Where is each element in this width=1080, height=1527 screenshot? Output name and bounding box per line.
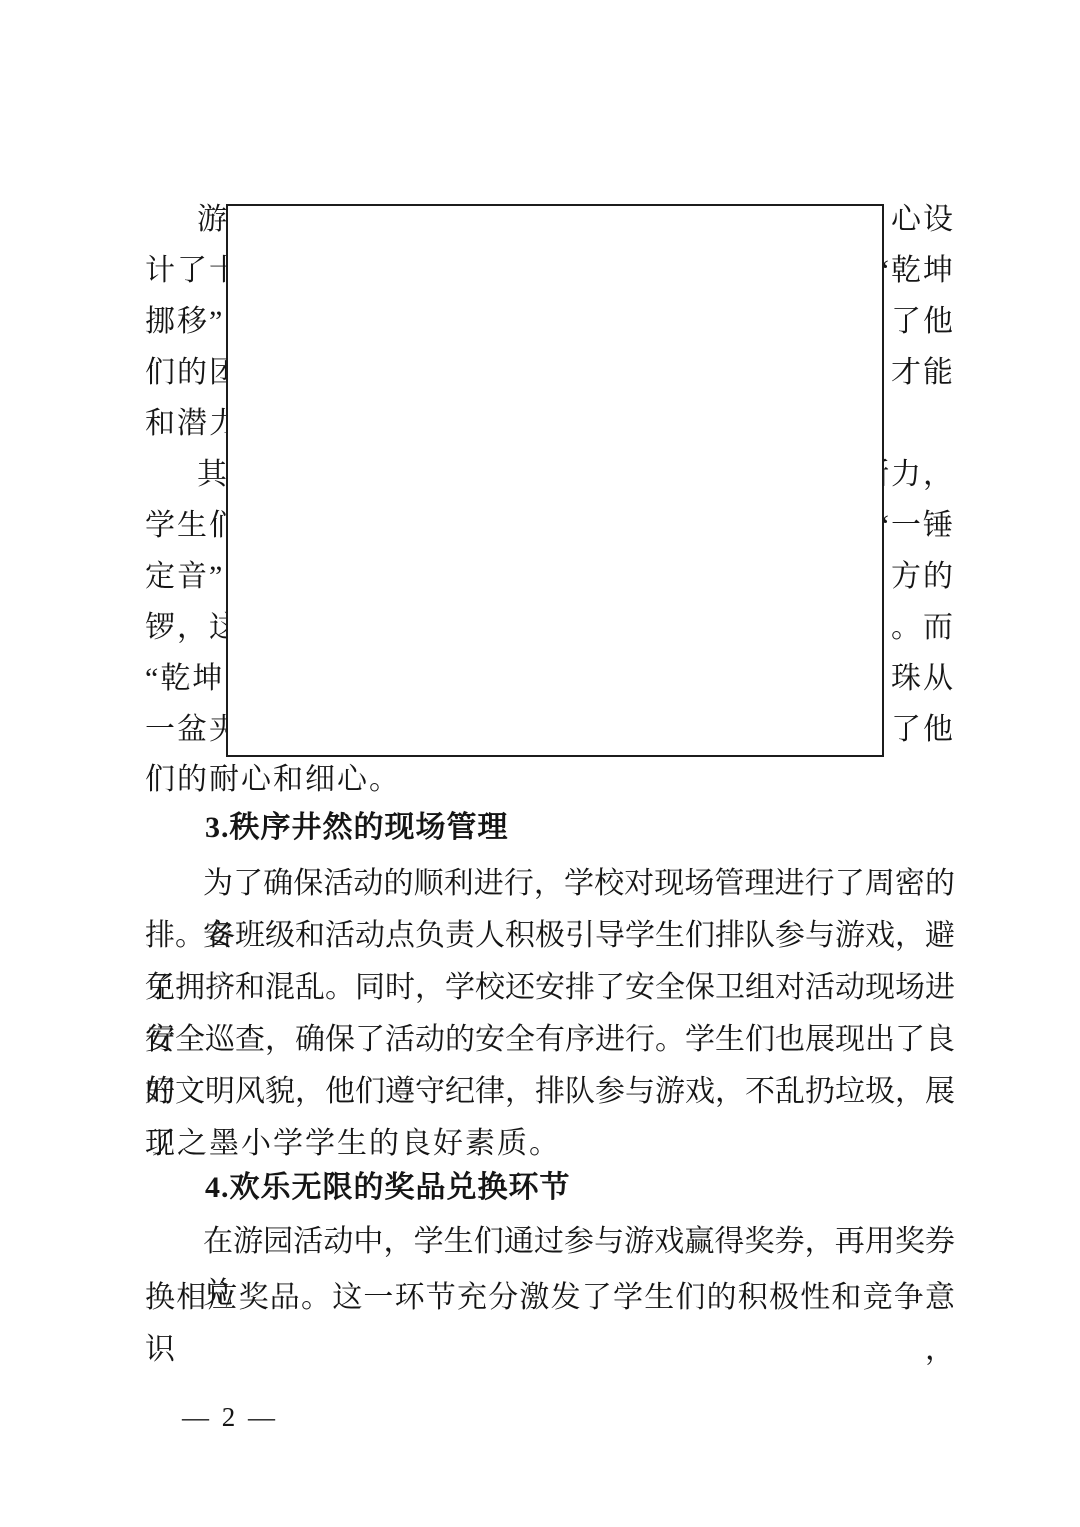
- text-line: 安全巡查，确保了活动的安全有序进行。学生们也展现出了良好: [145, 1014, 955, 1066]
- text-fragment-right: 了他: [891, 296, 955, 348]
- text-fragment-left: 其: [197, 449, 229, 501]
- text-fragment-left: “乾坤: [145, 653, 224, 705]
- section-heading: 4.欢乐无限的奖品兑换环节: [145, 1162, 955, 1214]
- text-fragment-right: 心设: [891, 194, 955, 246]
- text-line: 们的耐心和细心。: [145, 754, 955, 806]
- text-fragment-right: 才能: [891, 347, 955, 399]
- text-fragment-right: 了他: [891, 704, 955, 756]
- text-line: 换相应奖品。这一环节充分激发了学生们的积极性和竞争意识，: [145, 1272, 955, 1324]
- page-number: — 2 —: [182, 1396, 278, 1438]
- text-fragment-right: “乾坤: [876, 245, 955, 297]
- text-line: 在游园活动中，学生们通过参与游戏赢得奖券，再用奖券兑: [145, 1216, 955, 1268]
- text-line: 排。各班级和活动点负责人积极引导学生们排队参与游戏，避免: [145, 910, 955, 962]
- text-line: 的文明风貌，他们遵守纪律，排队参与游戏，不乱扔垃圾，展现: [145, 1066, 955, 1118]
- text-fragment-left: 游: [197, 194, 229, 246]
- text-line: 了拥挤和混乱。同时，学校还安排了安全保卫组对活动现场进行: [145, 962, 955, 1014]
- document-page: 游 心设 计了十 “乾坤 挪移” 了他 们的团 才能 和潜力 其 断力， 学生们…: [0, 0, 1080, 1527]
- text-fragment-right: “一锤: [876, 500, 955, 552]
- text-fragment-left: 定音”: [145, 551, 224, 603]
- text-fragment-right: 。而: [891, 602, 955, 654]
- text-fragment-left: 挪移”: [145, 296, 224, 348]
- text-fragment-right: 珠从: [891, 653, 955, 705]
- section-heading: 3.秩序井然的现场管理: [145, 802, 955, 854]
- figure-placeholder-box: [226, 204, 884, 757]
- text-fragment-right: 方的: [891, 551, 955, 603]
- text-line: 为了确保活动的顺利进行，学校对现场管理进行了周密的安: [145, 858, 955, 910]
